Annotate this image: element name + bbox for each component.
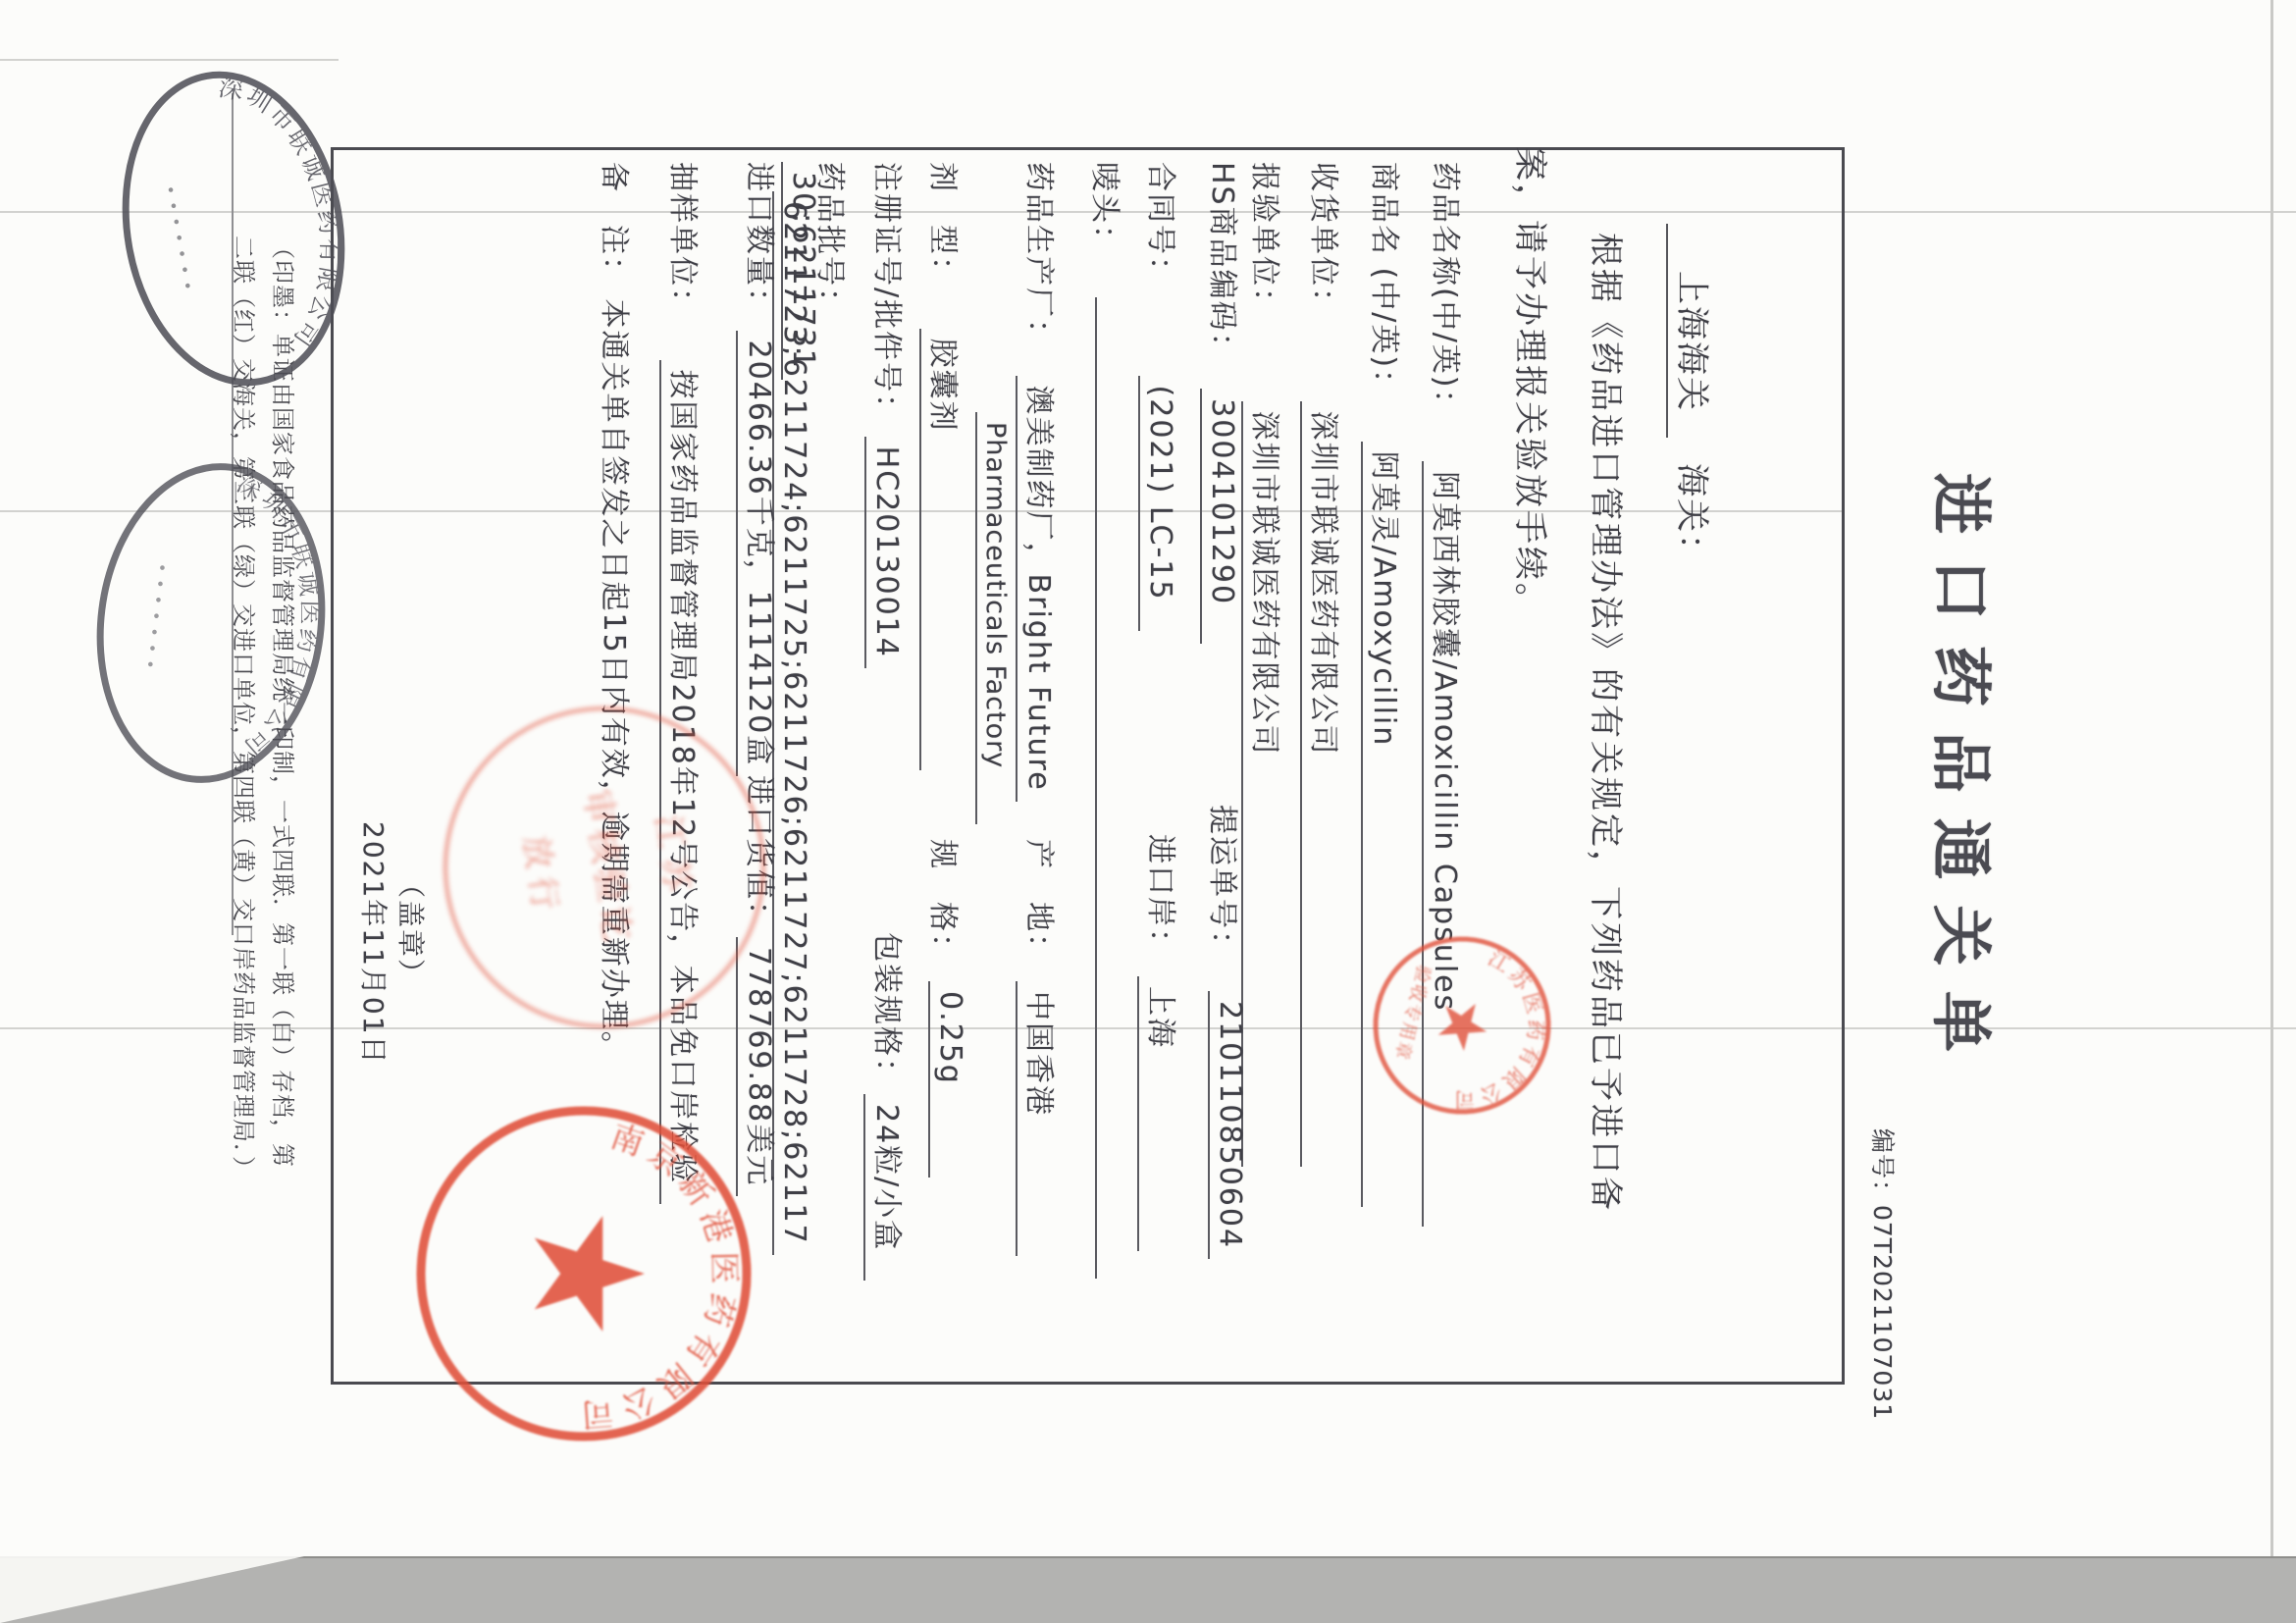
field-label: 抽样单位： — [664, 162, 707, 319]
field-label: 产 地： — [1020, 839, 1064, 965]
field-value — [1095, 297, 1100, 1279]
field-label: 唛头： — [1086, 162, 1129, 256]
paragraph-line-2: 案，请予办理报关验放手续。 — [1509, 147, 1557, 619]
svg-text:深圳市联诚医药有限公司: 深圳市联诚医药有限公司 — [200, 467, 342, 769]
company-ellipse-seal-2: 深圳市联诚医药有限公司 • • • • • • • — [63, 432, 359, 813]
seal-subtext: • • • • • • • — [160, 183, 197, 292]
field-value: 0.25g — [928, 981, 967, 1178]
field-row-consignee: 收货单位： 深圳市联诚医药有限公司 — [1300, 162, 1348, 1393]
field-label: 收货单位： — [1305, 162, 1348, 319]
red-star-stamp: 南京新港医药有限公司 — [407, 1097, 760, 1450]
document-serial: 编号：07T2021107031 — [1866, 1128, 1902, 1420]
issue-date: 2021年11月01日 — [355, 821, 394, 1066]
document-title: 进口药品通关单 — [1922, 473, 2009, 1077]
field-row-hs-code: HS商品编码： 3004101290 提运单号： 210110850604 — [1200, 162, 1247, 1393]
field-value: 澳美制药厂，Bright Future — [1016, 376, 1064, 802]
customs-suffix: 海关： — [1672, 463, 1711, 569]
scanner-background — [0, 1556, 2296, 1623]
field-value: HC20130014 — [864, 437, 904, 668]
field-label: 药品名称(中/英)： — [1427, 162, 1470, 421]
paragraph-line-1: 根据《药品进口管理办法》的有关规定，下列药品已予进口备 — [1585, 233, 1633, 1213]
field-value: 上海 — [1137, 976, 1185, 1251]
svg-text:深圳市联诚医药有限公司: 深圳市联诚医药有限公司 — [212, 56, 365, 363]
seal-arc-text: 深圳市联诚医药有限公司 — [200, 467, 342, 769]
field-label: 进口数量： — [741, 162, 784, 319]
field-label: 报验单位： — [1246, 162, 1289, 319]
field-label: 进口岸： — [1142, 834, 1185, 960]
star-icon — [535, 1216, 645, 1332]
field-label: 包装规格： — [868, 932, 912, 1089]
stamp-bottom-text: 验收专用章 — [1390, 963, 1435, 1063]
field-value: (2021) LC-15 — [1138, 376, 1177, 631]
field-value: 深圳市联诚医药有限公司 — [1300, 401, 1348, 1167]
field-row-contract-no: 合同号： (2021) LC-15 进口岸： 上海 — [1138, 162, 1185, 1393]
field-label: 剂 型： — [924, 162, 967, 288]
field-value: 中国香港 — [1016, 981, 1064, 1256]
field-label: 规 格： — [924, 839, 967, 965]
field-label: 注册证号/批件号： — [868, 162, 912, 425]
company-ellipse-seal-1: 深圳市联诚医药有限公司 • • • • • • • — [78, 32, 391, 425]
field-value: 210110850604 — [1208, 991, 1247, 1259]
field-label: 备 注： — [596, 162, 639, 288]
field-value: Pharmaceuticals Factory — [975, 412, 1011, 824]
seal-subtext: • • • • • • • — [140, 562, 172, 671]
field-row-batch-no-cont: 30;6211731 — [781, 162, 820, 1393]
field-label: 药品生产厂： — [1020, 162, 1064, 350]
field-value: 3004101290 — [1200, 389, 1239, 644]
field-value: 20466.36千克，1114120盒 — [736, 331, 784, 777]
field-row-dosage-form: 剂 型： 胶囊剂 规 格： 0.25g — [919, 162, 967, 1393]
field-value: 24粒/小盒 — [863, 1094, 912, 1281]
field-value: 深圳市联诚医药有限公司 — [1241, 401, 1289, 1167]
field-label: HS商品编码： — [1204, 162, 1247, 364]
rotated-document: 进口药品通关单 编号：07T2021107031 上海海关海关： 根据《药品进口… — [0, 0, 2296, 1623]
field-label: 合同号： — [1142, 162, 1185, 288]
field-row-inspection-unit: 报验单位： 深圳市联诚医药有限公司 — [1241, 162, 1289, 1393]
field-label: 提运单号： — [1204, 805, 1247, 962]
stamp-note: （盖章） — [392, 870, 432, 988]
field-row-registration-no: 注册证号/批件号： HC20130014 包装规格： 24粒/小盒 — [864, 162, 912, 1393]
field-row-manufacturer: 药品生产厂： 澳美制药厂，Bright Future 产 地： 中国香港 — [1016, 162, 1064, 1393]
field-value: 30;6211731 — [781, 162, 820, 380]
customs-salutation: 上海海关海关： — [1671, 224, 1719, 569]
field-row-shipping-marks: 唛头： — [1086, 162, 1129, 1393]
paper-right-edge — [2270, 0, 2273, 1556]
field-row-manufacturer-cont: Pharmaceuticals Factory — [975, 162, 1011, 1393]
seal-arc-text: 深圳市联诚医药有限公司 — [212, 56, 365, 363]
scanned-paper: 进口药品通关单 编号：07T2021107031 上海海关海关： 根据《药品进口… — [0, 0, 2296, 1556]
customs-name: 上海海关 — [1666, 224, 1711, 438]
field-row-drug-name: 药品名称(中/英)： 阿莫西林胶囊/Amoxicillin Capsules — [1422, 162, 1470, 1393]
field-value: 胶囊剂 — [919, 329, 967, 770]
star-icon — [1436, 997, 1493, 1055]
field-row-trade-name: 商品名 (中/英)： 阿莫灵/Amoxycillin — [1361, 162, 1409, 1393]
paper-corner-curl — [0, 1556, 304, 1623]
field-label: 商品名 (中/英)： — [1366, 162, 1409, 400]
